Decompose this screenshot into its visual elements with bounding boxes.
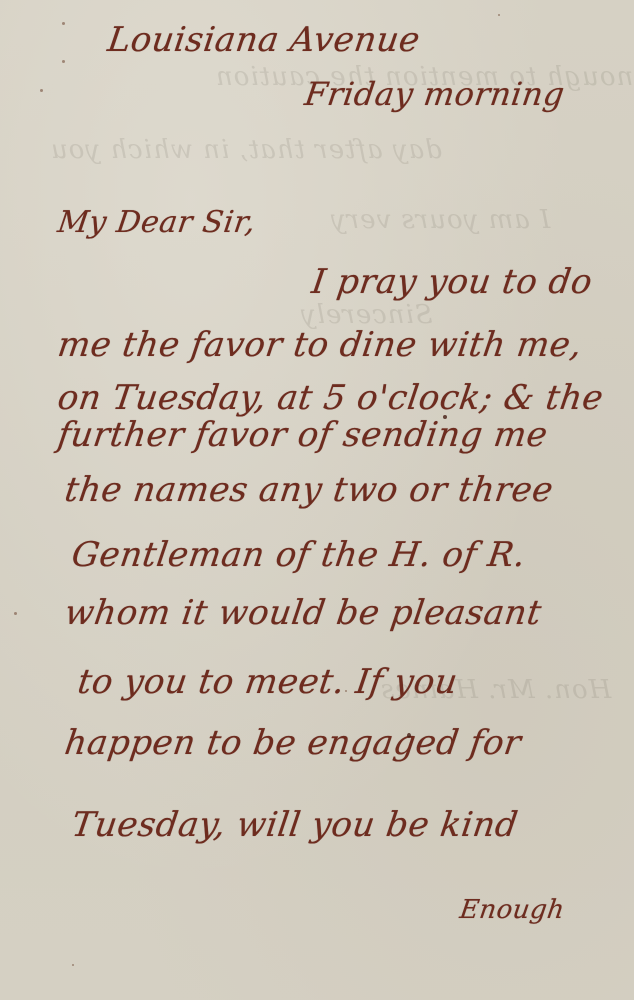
paper-speck [62, 60, 65, 63]
paper-speck [72, 964, 74, 966]
ink-blot [407, 733, 411, 738]
bleed-through-line: day after that, in which you [50, 135, 442, 165]
letter-body-line: me the favor to dine with me, [55, 325, 584, 365]
paper-speck [345, 690, 347, 692]
paper-speck [14, 612, 17, 615]
letter-body-line: whom it would be pleasant [62, 593, 544, 633]
letter-body-line: further favor of sending me [55, 415, 550, 455]
paper-speck [40, 89, 43, 92]
letter-body-line: the names any two or three [62, 470, 556, 510]
letter-body-line: Tuesday, will you be kind [69, 805, 520, 845]
paper-speck [62, 22, 65, 25]
bleed-through-line: I am yours very [330, 205, 550, 235]
letter-body-line: happen to be engaged for [62, 723, 524, 763]
letter-page: enough to mention the caution day after … [0, 0, 634, 1000]
letter-body-line: Gentleman of the H. of R. [69, 535, 528, 575]
letter-continuation-mark: Enough [458, 895, 567, 925]
paper-speck [498, 14, 500, 16]
letter-address: Louisiana Avenue [105, 20, 422, 60]
ink-blot [443, 415, 447, 419]
letter-day: Friday morning [302, 75, 567, 113]
letter-salutation-text: My Dear Sir, [56, 205, 258, 240]
letter-body-line: on Tuesday, at 5 o'clock; & the [55, 378, 606, 418]
letter-body-line: to you to meet. If you [75, 662, 460, 702]
letter-body-line: I pray you to do [309, 262, 595, 302]
